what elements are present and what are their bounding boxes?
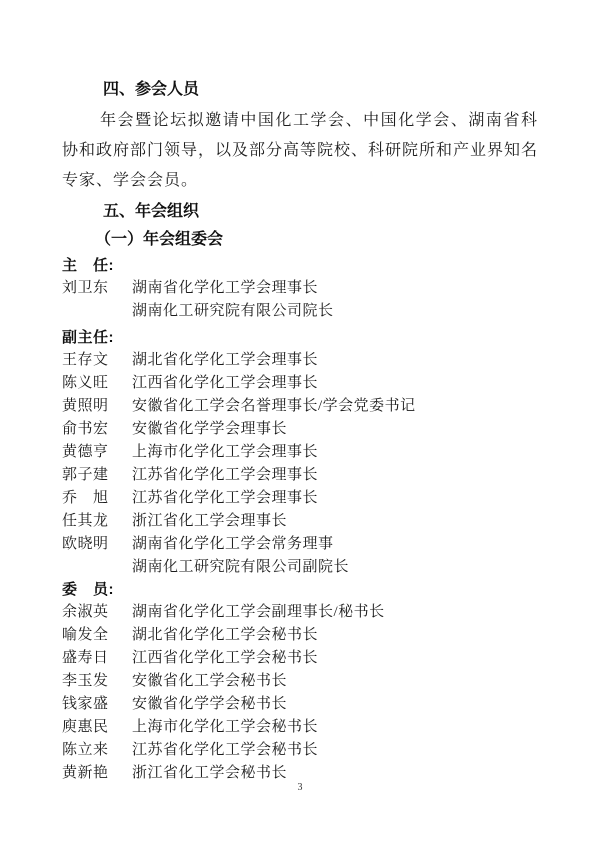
member-title: 江苏省化学化工学会理事长 xyxy=(132,487,538,510)
role-label-member: 委 员: xyxy=(62,579,538,601)
member-name: 黄照明 xyxy=(62,395,132,418)
member-titles: 江苏省化学化工学会理事长 xyxy=(132,464,538,487)
member-title: 安徽省化学学会理事长 xyxy=(132,418,538,441)
member-title: 湖北省化学化工学会理事长 xyxy=(132,349,538,372)
member-name: 钱家盛 xyxy=(62,693,132,716)
member-row: 喻发全 湖北省化学化工学会秘书长 xyxy=(62,624,538,647)
member-title: 湖南省化学化工学会常务理事 xyxy=(132,533,538,556)
member-title: 安徽省化工学会秘书长 xyxy=(132,670,538,693)
member-name: 余淑英 xyxy=(62,601,132,624)
member-row: 陈立来 江苏省化学化工学会秘书长 xyxy=(62,739,538,762)
member-row: 盛寿日 江西省化学化工学会秘书长 xyxy=(62,647,538,670)
member-titles: 湖南省化学化工学会常务理事 湖南化工研究院有限公司副院长 xyxy=(132,533,538,579)
role-label-deputy-director: 副主任: xyxy=(62,327,538,349)
section-heading-organization: 五、年会组织 xyxy=(103,202,538,222)
member-titles: 湖南省化学化工学会理事长 湖南化工研究院有限公司院长 xyxy=(132,277,538,323)
member-titles: 安徽省化学学会秘书长 xyxy=(132,693,538,716)
member-row-director: 刘卫东 湖南省化学化工学会理事长 湖南化工研究院有限公司院长 xyxy=(62,277,538,323)
member-title: 江苏省化学化工学会理事长 xyxy=(132,464,538,487)
member-row: 黄德亨 上海市化学化工学会理事长 xyxy=(62,441,538,464)
member-row: 庾惠民 上海市化学化工学会秘书长 xyxy=(62,716,538,739)
member-name: 乔 旭 xyxy=(62,487,132,510)
member-title: 湖南化工研究院有限公司院长 xyxy=(132,300,538,323)
member-titles: 上海市化学化工学会理事长 xyxy=(132,441,538,464)
member-title: 江西省化学化工学会理事长 xyxy=(132,372,538,395)
document-page: 四、参会人员 年会暨论坛拟邀请中国化工学会、中国化学会、湖南省科协和政府部门领导… xyxy=(0,0,600,848)
member-name: 刘卫东 xyxy=(62,277,132,323)
member-titles: 江苏省化学化工学会理事长 xyxy=(132,487,538,510)
member-title: 上海市化学化工学会秘书长 xyxy=(132,716,538,739)
subsection-heading-committee: （一）年会组委会 xyxy=(95,230,538,250)
member-title: 江西省化学化工学会秘书长 xyxy=(132,647,538,670)
member-row: 俞书宏 安徽省化学学会理事长 xyxy=(62,418,538,441)
member-title: 湖北省化学化工学会秘书长 xyxy=(132,624,538,647)
page-number: 3 xyxy=(0,782,600,793)
member-titles: 安徽省化工学会名誉理事长/学会党委书记 xyxy=(132,395,538,418)
member-name: 王存文 xyxy=(62,349,132,372)
member-name: 李玉发 xyxy=(62,670,132,693)
member-row: 李玉发 安徽省化工学会秘书长 xyxy=(62,670,538,693)
role-label-director: 主 任: xyxy=(62,255,538,277)
member-title: 浙江省化工学会理事长 xyxy=(132,510,538,533)
member-row: 陈义旺 江西省化学化工学会理事长 xyxy=(62,372,538,395)
member-name: 欧晓明 xyxy=(62,533,132,579)
member-row: 黄照明 安徽省化工学会名誉理事长/学会党委书记 xyxy=(62,395,538,418)
participants-paragraph: 年会暨论坛拟邀请中国化工学会、中国化学会、湖南省科协和政府部门领导，以及部分高等… xyxy=(62,106,538,196)
member-title: 安徽省化工学会名誉理事长/学会党委书记 xyxy=(132,395,538,418)
member-titles: 湖北省化学化工学会秘书长 xyxy=(132,624,538,647)
member-title: 上海市化学化工学会理事长 xyxy=(132,441,538,464)
member-name: 俞书宏 xyxy=(62,418,132,441)
member-titles: 湖南省化学化工学会副理事长/秘书长 xyxy=(132,601,538,624)
member-name: 任其龙 xyxy=(62,510,132,533)
member-titles: 江西省化学化工学会秘书长 xyxy=(132,647,538,670)
member-titles: 江苏省化学化工学会秘书长 xyxy=(132,739,538,762)
member-row: 郭子建 江苏省化学化工学会理事长 xyxy=(62,464,538,487)
member-name: 喻发全 xyxy=(62,624,132,647)
member-title: 湖南化工研究院有限公司副院长 xyxy=(132,556,538,579)
member-title: 安徽省化学学会秘书长 xyxy=(132,693,538,716)
member-row: 乔 旭 江苏省化学化工学会理事长 xyxy=(62,487,538,510)
section-heading-participants: 四、参会人员 xyxy=(103,80,538,100)
member-row: 余淑英 湖南省化学化工学会副理事长/秘书长 xyxy=(62,601,538,624)
document-content: 四、参会人员 年会暨论坛拟邀请中国化工学会、中国化学会、湖南省科协和政府部门领导… xyxy=(62,80,538,785)
member-title: 湖南省化学化工学会理事长 xyxy=(132,277,538,300)
member-titles: 湖北省化学化工学会理事长 xyxy=(132,349,538,372)
member-row: 欧晓明 湖南省化学化工学会常务理事 湖南化工研究院有限公司副院长 xyxy=(62,533,538,579)
member-titles: 浙江省化工学会理事长 xyxy=(132,510,538,533)
member-row: 任其龙 浙江省化工学会理事长 xyxy=(62,510,538,533)
member-name: 庾惠民 xyxy=(62,716,132,739)
member-title: 江苏省化学化工学会秘书长 xyxy=(132,739,538,762)
member-titles: 江西省化学化工学会理事长 xyxy=(132,372,538,395)
member-title: 湖南省化学化工学会副理事长/秘书长 xyxy=(132,601,538,624)
member-name: 陈义旺 xyxy=(62,372,132,395)
member-name: 黄德亨 xyxy=(62,441,132,464)
member-name: 盛寿日 xyxy=(62,647,132,670)
member-titles: 上海市化学化工学会秘书长 xyxy=(132,716,538,739)
member-titles: 安徽省化学学会理事长 xyxy=(132,418,538,441)
member-name: 郭子建 xyxy=(62,464,132,487)
member-name: 陈立来 xyxy=(62,739,132,762)
member-titles: 安徽省化工学会秘书长 xyxy=(132,670,538,693)
member-row: 钱家盛 安徽省化学学会秘书长 xyxy=(62,693,538,716)
member-row: 王存文 湖北省化学化工学会理事长 xyxy=(62,349,538,372)
